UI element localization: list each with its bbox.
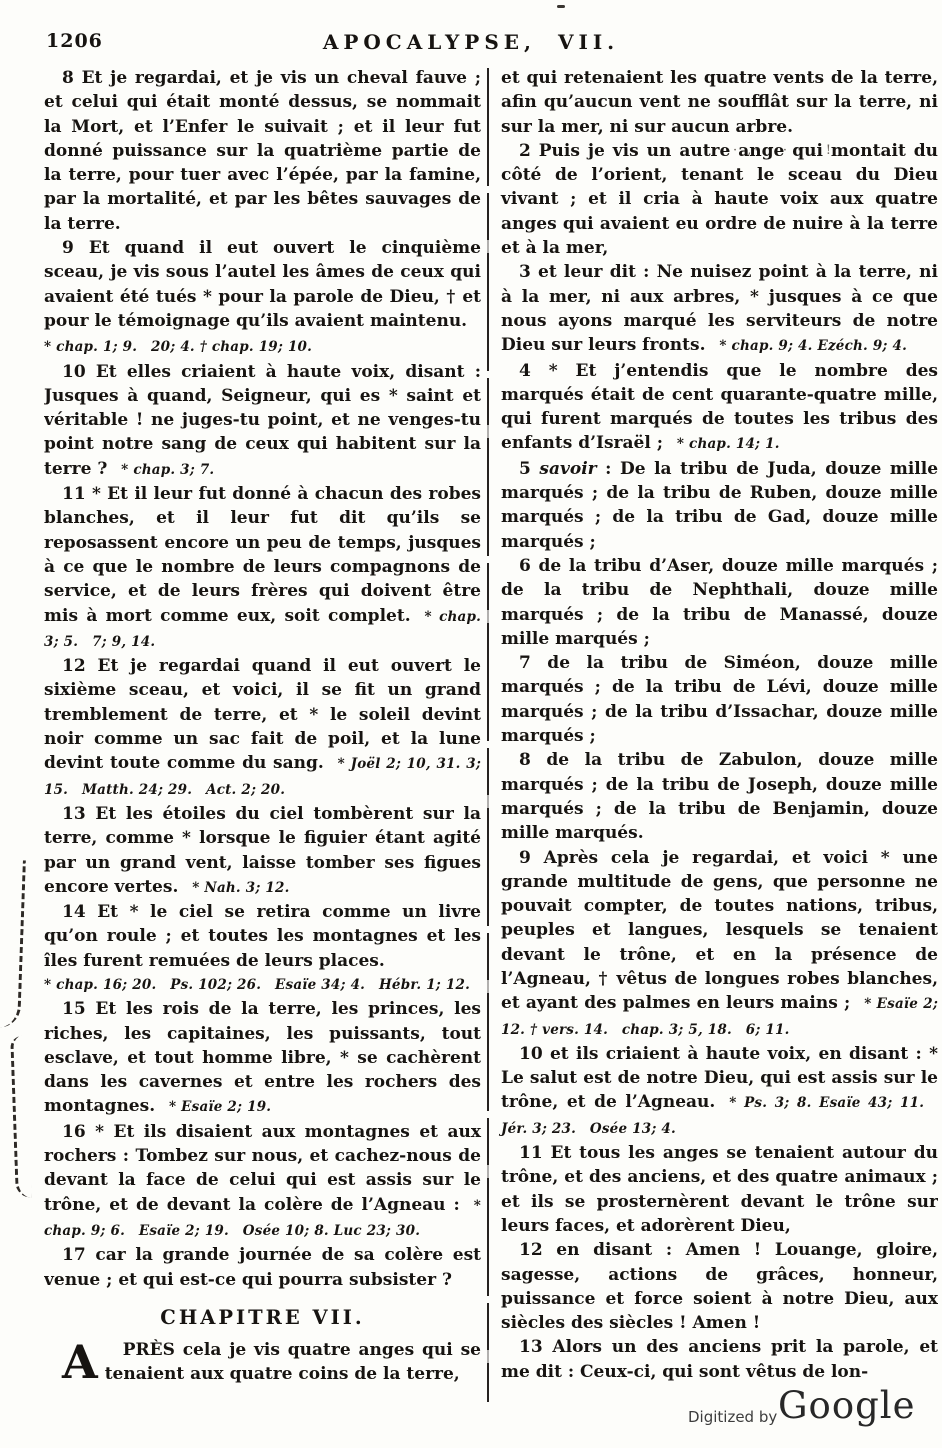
verse-text: 8 Et je regardai, et je vis un cheval fa… [44, 68, 481, 234]
verse-text: 8 de la tribu de Zabulon, douze mille ma… [501, 750, 938, 843]
cross-reference: * Esaïe 2; 19. [155, 1099, 271, 1115]
verse-7-4: 4 * Et j’entendis que le nombre des marq… [501, 359, 938, 457]
verse-7-9: 9 Après cela je regardai, et voici * une… [501, 846, 938, 1042]
running-title: APOCALYPSE, VII. [0, 30, 942, 54]
verse-6-8: 8 Et je regardai, et je vis un cheval fa… [44, 66, 481, 236]
verse-text: 7 de la tribu de Siméon, douze mille mar… [501, 653, 938, 746]
verse-7-6: 6 de la tribu d’Aser, douze mille marqué… [501, 554, 938, 651]
cross-reference: * chap. 16; 20. Ps. 102; 26. Esaïe 34; 4… [44, 973, 481, 997]
verse-text: 14 Et * le ciel se retira comme un livre… [44, 902, 481, 971]
verse-7-8: 8 de la tribu de Zabulon, douze mille ma… [501, 748, 938, 845]
verse-text: 12 en disant : Amen ! Louange, gloire, s… [501, 1240, 938, 1333]
chapter-heading: CHAPITRE VII. [44, 1306, 481, 1329]
text-columns: 8 Et je regardai, et je vis un cheval fa… [44, 66, 938, 1406]
verse-7-13: 13 Alors un des anciens prit la parole, … [501, 1335, 938, 1384]
cross-reference: * chap. 3; 7. [107, 462, 214, 478]
column-divider-rule [487, 68, 489, 1402]
verse-text: 16 * Et ils disaient aux montagnes et au… [44, 1122, 481, 1215]
cross-reference: * chap. 14; 1. [663, 436, 780, 452]
verse-7-1-continued: et qui retenaient les quatre vents de la… [501, 66, 938, 139]
verse-6-15: 15 Et les rois de la terre, les princes,… [44, 997, 481, 1119]
left-column: 8 Et je regardai, et je vis un cheval fa… [44, 66, 481, 1406]
drop-cap-initial: A [44, 1338, 105, 1381]
verse-text: PRÈS cela je vis quatre anges qui se ten… [105, 1340, 481, 1384]
verse-7-7: 7 de la tribu de Siméon, douze mille mar… [501, 651, 938, 748]
verse-text: 9 Après cela je regardai, et voici * une… [501, 848, 938, 1014]
verse-7-1: APRÈS cela je vis quatre anges qui se te… [44, 1338, 481, 1387]
footer: Digitized by Google [0, 1384, 942, 1444]
scan-artifact-curve [10, 1036, 32, 1198]
google-logo: Google [778, 1384, 916, 1427]
scan-speck [557, 5, 565, 8]
verse-text: 13 Alors un des anciens prit la parole, … [501, 1337, 938, 1381]
scanned-bible-page: 1206 APOCALYPSE, VII. · ,· · · · ı ! 8 E… [0, 0, 942, 1448]
verse-6-16: 16 * Et ils disaient aux montagnes et au… [44, 1120, 481, 1243]
verse-7-3: 3 et leur dit : Ne nuisez point à la ter… [501, 260, 938, 358]
verse-6-12: 12 Et je regardai quand il eut ouvert le… [44, 654, 481, 802]
verse-text: et qui retenaient les quatre vents de la… [501, 68, 938, 137]
digitized-by-label: Digitized by [688, 1408, 777, 1426]
verse-6-9: 9 Et quand il eut ouvert le cinquième sc… [44, 236, 481, 359]
verse-6-13: 13 Et les étoiles du ciel tombèrent sur … [44, 802, 481, 900]
verse-7-2: 2 Puis je vis un autre ange qui montait … [501, 139, 938, 260]
verse-7-11: 11 Et tous les anges se tenaient autour … [501, 1141, 938, 1238]
cross-reference: * chap. 9; 4. Ezéch. 9; 4. [706, 338, 908, 354]
verse-6-11: 11 * Et il leur fut donné à chacun des r… [44, 482, 481, 654]
verse-7-12: 12 en disant : Amen ! Louange, gloire, s… [501, 1238, 938, 1335]
verse-text: 9 Et quand il eut ouvert le cinquième sc… [44, 238, 481, 331]
verse-text: savoir [539, 459, 596, 479]
verse-7-5: 5 savoir : De la tribu de Juda, douze mi… [501, 457, 938, 554]
verse-6-14: 14 Et * le ciel se retira comme un livre… [44, 900, 481, 997]
verse-7-10: 10 et ils criaient à haute voix, en disa… [501, 1042, 938, 1141]
verse-text: 11 * Et il leur fut donné à chacun des r… [44, 484, 481, 625]
verse-text: 6 de la tribu d’Aser, douze mille marqué… [501, 556, 938, 649]
verse-text: 17 car la grande journée de sa colère es… [44, 1245, 481, 1289]
right-column: et qui retenaient les quatre vents de la… [501, 66, 938, 1406]
verse-6-10: 10 Et elles criaient à haute voix, disan… [44, 360, 481, 482]
scan-artifact-curve [0, 860, 26, 1029]
verse-text: CHAPITRE VII. [160, 1306, 364, 1329]
verse-text: 11 Et tous les anges se tenaient autour … [501, 1143, 938, 1236]
cross-reference: * Nah. 3; 12. [178, 880, 289, 896]
verse-6-17: 17 car la grande journée de sa colère es… [44, 1243, 481, 1292]
verse-text: 2 Puis je vis un autre ange qui montait … [501, 141, 938, 258]
verse-text: 5 [519, 459, 539, 479]
